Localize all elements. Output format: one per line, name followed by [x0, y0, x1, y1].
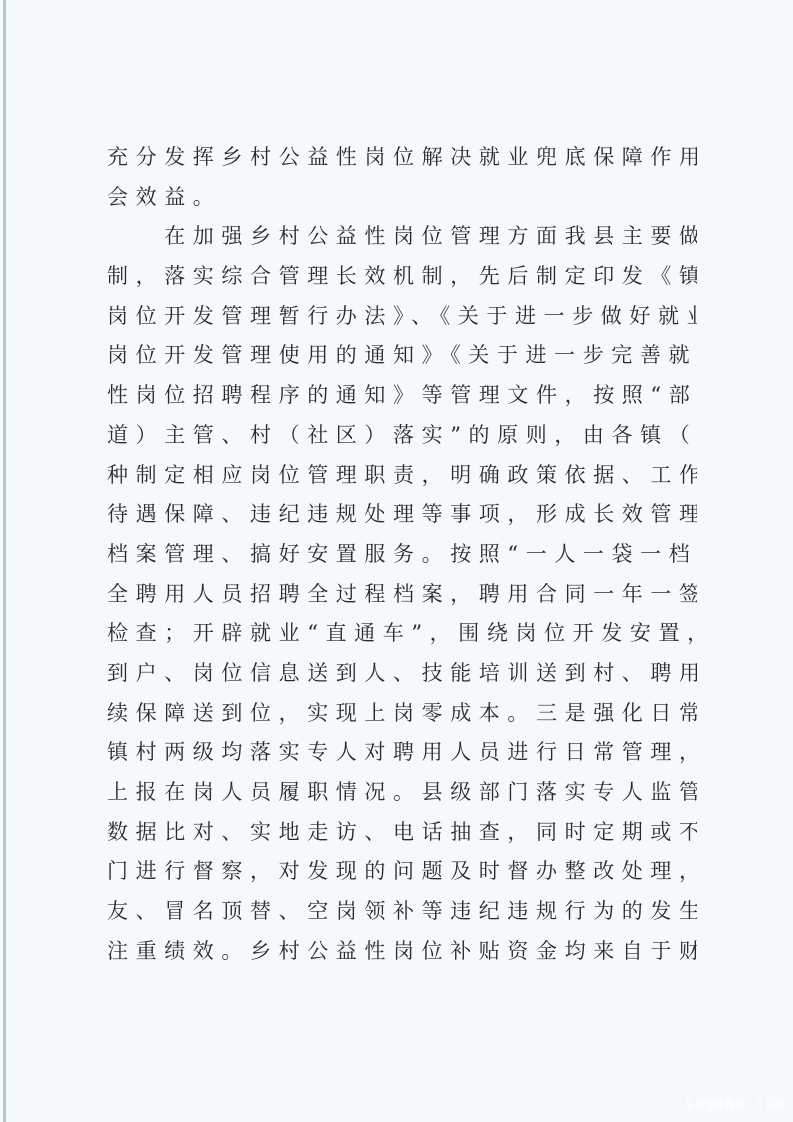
text-line: 上报在岗人员履职情况。县级部门落实专人监管，重点加强日常 [107, 773, 697, 813]
text-line: 档案管理、搞好安置服务。按照“一人一袋一档”要求，建立健 [107, 535, 697, 575]
text-line: 到户、岗位信息送到人、技能培训送到村、聘用人员送到岗、后 [107, 654, 697, 694]
watermark: sngeau.com [685, 1094, 785, 1112]
text-line: 会效益。 [107, 178, 697, 218]
text-line: 道）主管、村（社区）落实”的原则，由各镇（街道）按不同工 [107, 416, 697, 456]
text-line: 岗位开发管理暂行办法》、《关于进一步做好就业帮扶乡村公益性 [107, 297, 697, 337]
document-body: 充分发挥乡村公益性岗位解决就业兜底保障作用，取得了较好社 会效益。 在加强乡村公… [107, 138, 697, 971]
text-line: 在加强乡村公益性岗位管理方面我县主要做法：一是建章立 [107, 217, 697, 257]
scan-left-edge [3, 0, 6, 1122]
text-line: 数据比对、实地走访、电话抽查，同时定期或不定期组织相关部 [107, 813, 697, 853]
text-line: 制，落实综合管理长效机制，先后制定印发《镇巴县乡村公益性 [107, 257, 697, 297]
text-line: 性岗位招聘程序的通知》等管理文件，按照“部门监管、镇（街 [107, 376, 697, 416]
text-line: 待遇保障、违纪违规处理等事项，形成长效管理机制。二是规范 [107, 495, 697, 535]
text-line: 充分发挥乡村公益性岗位解决就业兜底保障作用，取得了较好社 [107, 138, 697, 178]
text-line: 岗位开发管理使用的通知》《关于进一步完善就业帮扶乡村公益 [107, 336, 697, 376]
text-line: 友、冒名顶替、空岗领补等违纪违规行为的发生。四是防范风险， [107, 892, 697, 932]
text-line: 种制定相应岗位管理职责，明确政策依据、工作范围，工作时长、 [107, 456, 697, 496]
text-line: 续保障送到位，实现上岗零成本。三是强化日常管理，注重实绩。 [107, 694, 697, 734]
text-line: 全聘用人员招聘全过程档案，聘用合同一年一签，接受各级监督 [107, 575, 697, 615]
text-line: 检查；开辟就业“直通车”，围绕岗位开发安置，把就业政策送 [107, 614, 697, 654]
text-line: 注重绩效。乡村公益性岗位补贴资金均来自于财政资金，为确保 [107, 932, 697, 972]
text-line: 门进行督察，对发现的问题及时督办整改处理，坚决杜绝优亲厚 [107, 852, 697, 892]
text-line: 镇村两级均落实专人对聘用人员进行日常管理，按月据实考勤并 [107, 733, 697, 773]
